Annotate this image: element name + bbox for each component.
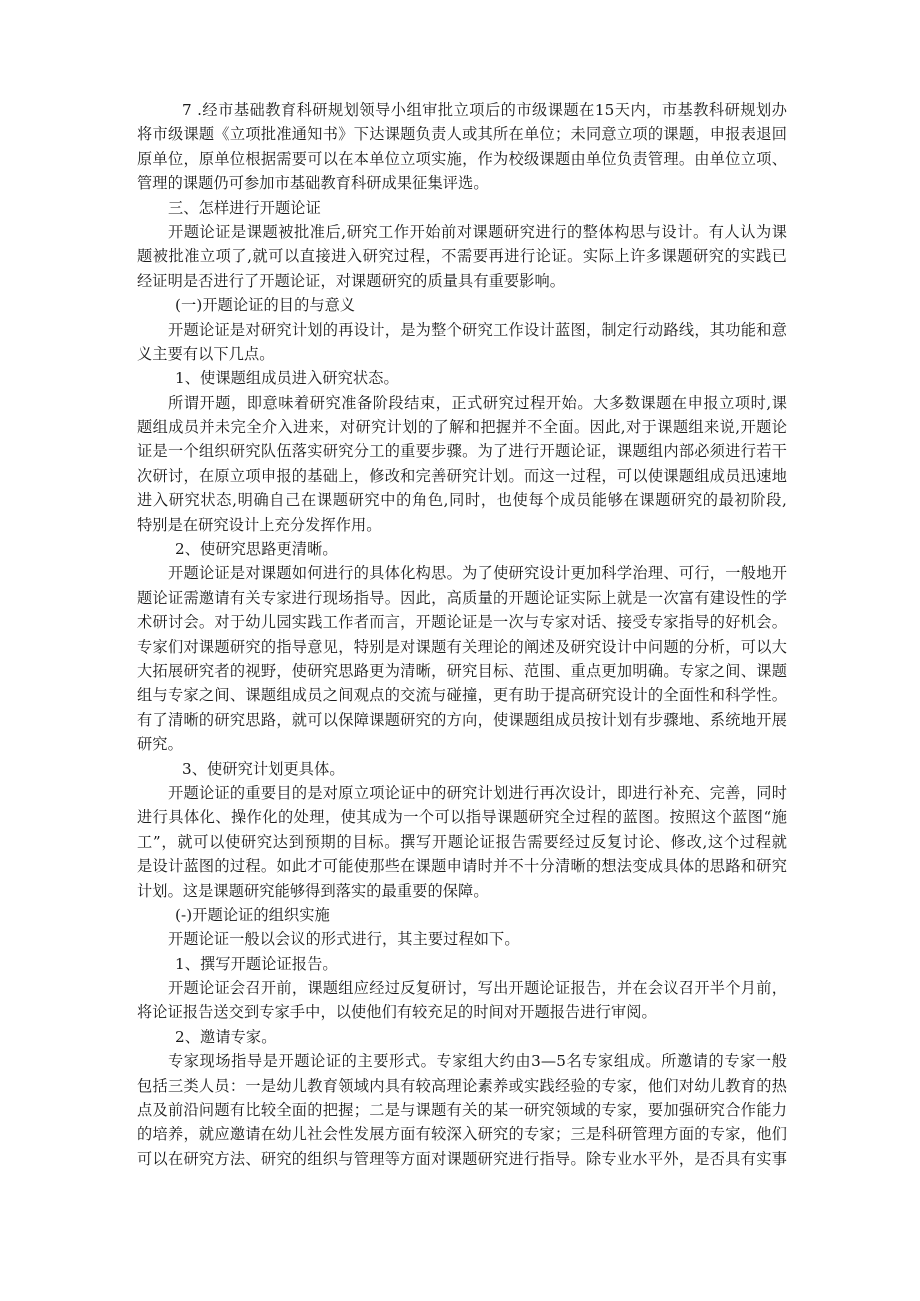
text-line: 开题论证的重要目的是对原立项论证中的研究计划进行再次设计，即进行补充、完善，同时 bbox=[137, 781, 787, 805]
text-line: 原单位，原单位根据需要可以在本单位立项实施，作为校级课题由单位负责管理。由单位立… bbox=[137, 147, 787, 171]
text-line: 计划。这是课题研究能够得到落实的最重要的保障。 bbox=[137, 879, 787, 903]
text-line: 开题论证是课题被批准后,研究工作开始前对课题研究进行的整体构思与设计。有人认为课 bbox=[137, 220, 787, 244]
text-line: 包括三类人员：一是幼儿教育领域内具有较高理论素养或实践经验的专家，他们对幼儿教育… bbox=[137, 1074, 787, 1098]
text-line: 是设计蓝图的过程。如此才可能使那些在课题申请时并不十分清晰的想法变成具体的思路和… bbox=[137, 854, 787, 878]
text-line: 经证明是否进行了开题论证，对课题研究的质量具有重要影响。 bbox=[137, 269, 787, 293]
text-line: 专家们对课题研究的指导意见，特别是对课题有关理论的阐述及研究设计中问题的分析，可… bbox=[137, 635, 787, 659]
text-line: (一)开题论证的目的与意义 bbox=[137, 293, 787, 317]
text-line: 开题论证是对研究计划的再设计，是为整个研究工作设计蓝图，制定行动路线，其功能和意 bbox=[137, 318, 787, 342]
text-line: 有了清晰的研究思路，就可以保障课题研究的方向，使课题组成员按计划有步骤地、系统地… bbox=[137, 708, 787, 732]
text-line: 开题论证一般以会议的形式进行，其主要过程如下。 bbox=[137, 927, 787, 951]
text-line: 进入研究状态,明确自己在课题研究中的角色,同时，也使每个成员能够在课题研究的最初… bbox=[137, 488, 787, 512]
text-line: 次研讨，在原立项申报的基础上，修改和完善研究计划。而这一过程，可以使课题组成员迅… bbox=[137, 464, 787, 488]
text-line: 义主要有以下几点。 bbox=[137, 342, 787, 366]
text-line: 特别是在研究设计上充分发挥作用。 bbox=[137, 513, 787, 537]
document-page: 7 .经市基础教育科研规划领导小组审批立项后的市级课题在15天内，市基教科研规划… bbox=[137, 98, 787, 1171]
text-line: 7 .经市基础教育科研规划领导小组审批立项后的市级课题在15天内，市基教科研规划… bbox=[137, 98, 787, 122]
text-line: 管理的课题仍可参加市基础教育科研成果征集评选。 bbox=[137, 171, 787, 195]
text-line: 术研讨会。对于幼儿园实践工作者而言，开题论证是一次与专家对话、接受专家指导的好机… bbox=[137, 610, 787, 634]
text-line: 点及前沿问题有比较全面的把握；二是与课题有关的某一研究领域的专家，要加强研究合作… bbox=[137, 1098, 787, 1122]
text-line: 开题论证会召开前，课题组应经过反复研讨，写出开题论证报告，并在会议召开半个月前， bbox=[137, 976, 787, 1000]
text-line: 将市级课题《立项批准通知书》下达课题负责人或其所在单位；未同意立项的课题，申报表… bbox=[137, 122, 787, 146]
text-line: 大拓展研究者的视野，使研究思路更为清晰，研究目标、范围、重点更加明确。专家之间、… bbox=[137, 659, 787, 683]
text-line: 所谓开题，即意味着研究准备阶段结束，正式研究过程开始。大多数课题在申报立项时,课 bbox=[137, 391, 787, 415]
text-line: 题论证需邀请有关专家进行现场指导。因此，高质量的开题论证实际上就是一次富有建设性… bbox=[137, 586, 787, 610]
text-line: 证是一个组织研究队伍落实研究分工的重要步骤。为了进行开题论证，课题组内部必须进行… bbox=[137, 439, 787, 463]
text-line: 可以在研究方法、研究的组织与管理等方面对课题研究进行指导。除专业水平外，是否具有… bbox=[137, 1147, 787, 1171]
text-line: 工”，就可以使研究达到预期的目标。撰写开题论证报告需要经过反复讨论、修改,这个过… bbox=[137, 830, 787, 854]
text-line: 2、使研究思路更清晰。 bbox=[137, 537, 787, 561]
text-line: 进行具体化、操作化的处理，使其成为一个可以指导课题研究全过程的蓝图。按照这个蓝图… bbox=[137, 805, 787, 829]
text-line: (-)开题论证的组织实施 bbox=[137, 903, 787, 927]
text-line: 题被批准立项了,就可以直接进入研究过程，不需要再进行论证。实际上许多课题研究的实… bbox=[137, 244, 787, 268]
text-line: 研究。 bbox=[137, 732, 787, 756]
text-line: 组与专家之间、课题组成员之间观点的交流与碰撞，更有助于提高研究设计的全面性和科学… bbox=[137, 683, 787, 707]
text-line: 的培养，就应邀请在幼儿社会性发展方面有较深入研究的专家；三是科研管理方面的专家，… bbox=[137, 1122, 787, 1146]
text-line: 将论证报告送交到专家手中，以使他们有较充足的时间对开题报告进行审阅。 bbox=[137, 1000, 787, 1024]
text-line: 题组成员并未完全介入进来，对研究计划的了解和把握并不全面。因此,对于课题组来说,… bbox=[137, 415, 787, 439]
text-line: 专家现场指导是开题论证的主要形式。专家组大约由3—5名专家组成。所邀请的专家一般 bbox=[137, 1049, 787, 1073]
text-line: 1、撰写开题论证报告。 bbox=[137, 952, 787, 976]
text-line: 3、使研究计划更具体。 bbox=[137, 757, 787, 781]
text-line: 开题论证是对课题如何进行的具体化构思。为了使研究设计更加科学治理、可行，一般地开 bbox=[137, 561, 787, 585]
text-line: 2、邀请专家。 bbox=[137, 1025, 787, 1049]
text-line: 三、怎样进行开题论证 bbox=[137, 196, 787, 220]
text-line: 1、使课题组成员进入研究状态。 bbox=[137, 366, 787, 390]
